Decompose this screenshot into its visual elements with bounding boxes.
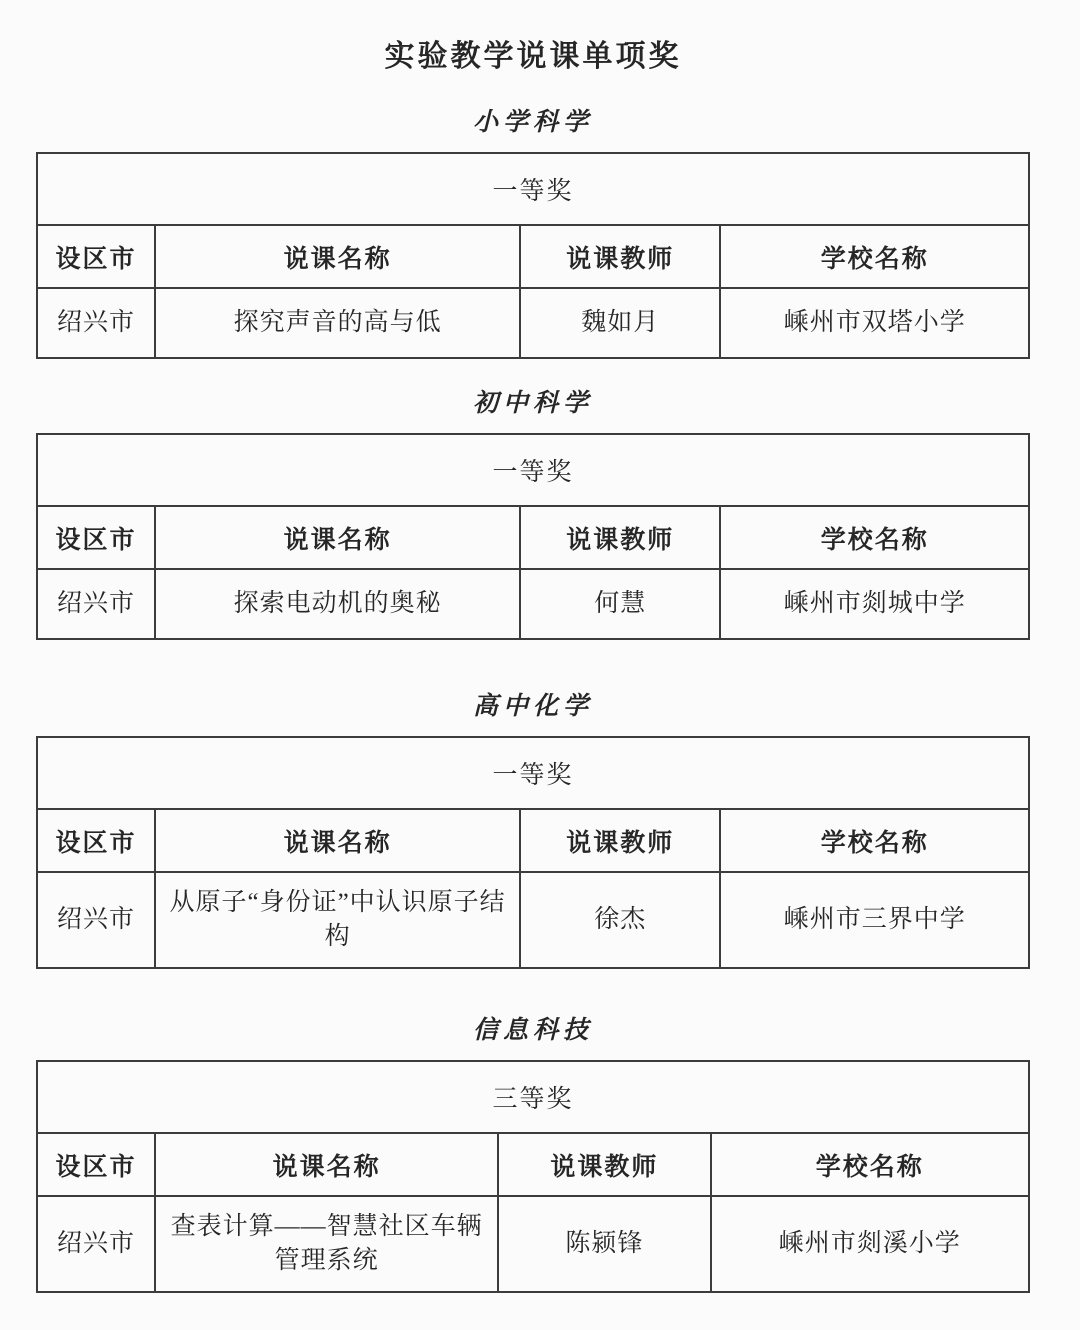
table-cell: 何慧 [520,569,720,639]
table-row: 绍兴市探究声音的高与低魏如月嵊州市双塔小学 [37,288,1029,358]
table-header-row: 设区市说课名称说课教师学校名称 [37,1133,1029,1196]
prize-level-cell: 一等奖 [37,434,1029,506]
table-cell: 嵊州市双塔小学 [720,288,1029,358]
table-cell: 绍兴市 [37,1196,155,1292]
column-header: 说课教师 [520,506,720,569]
column-header: 说课教师 [520,809,720,872]
column-header: 说课教师 [498,1133,710,1196]
section-heading: 小学科学 [36,107,1030,139]
column-header: 说课教师 [520,225,720,288]
prize-row: 一等奖 [37,737,1029,809]
table-cell: 绍兴市 [37,288,155,358]
prize-row: 一等奖 [37,153,1029,225]
table-cell: 嵊州市三界中学 [720,872,1029,968]
table-cell: 探究声音的高与低 [155,288,520,358]
column-header: 学校名称 [720,225,1029,288]
table-header-row: 设区市说课名称说课教师学校名称 [37,506,1029,569]
column-header: 设区市 [37,1133,155,1196]
column-header: 学校名称 [720,809,1029,872]
award-table: 三等奖 设区市说课名称说课教师学校名称 绍兴市查表计算——智慧社区车辆管理系统陈… [36,1060,1030,1293]
table-header-row: 设区市说课名称说课教师学校名称 [37,225,1029,288]
prize-level-cell: 一等奖 [37,153,1029,225]
table-row: 绍兴市查表计算——智慧社区车辆管理系统陈颍锋嵊州市剡溪小学 [37,1196,1029,1292]
table-row: 绍兴市从原子“身份证”中认识原子结构徐杰嵊州市三界中学 [37,872,1029,968]
table-cell: 徐杰 [520,872,720,968]
table-cell: 魏如月 [520,288,720,358]
award-section: 信息科技 三等奖 设区市说课名称说课教师学校名称 绍兴市查表计算——智慧社区车辆… [36,1015,1030,1293]
prize-level-cell: 一等奖 [37,737,1029,809]
award-sections: 小学科学 一等奖 设区市说课名称说课教师学校名称 绍兴市探究声音的高与低魏如月嵊… [36,107,1030,1293]
table-cell: 探索电动机的奥秘 [155,569,520,639]
column-header: 学校名称 [711,1133,1029,1196]
award-section: 初中科学 一等奖 设区市说课名称说课教师学校名称 绍兴市探索电动机的奥秘何慧嵊州… [36,388,1030,640]
award-table: 一等奖 设区市说课名称说课教师学校名称 绍兴市探究声音的高与低魏如月嵊州市双塔小… [36,152,1030,359]
column-header: 学校名称 [720,506,1029,569]
table-cell: 嵊州市剡溪小学 [711,1196,1029,1292]
table-cell: 陈颍锋 [498,1196,710,1292]
column-header: 说课名称 [155,809,520,872]
column-header: 设区市 [37,225,155,288]
document-title: 实验教学说课单项奖 [36,0,1030,76]
table-cell: 绍兴市 [37,569,155,639]
table-cell: 嵊州市剡城中学 [720,569,1029,639]
column-header: 说课名称 [155,506,520,569]
column-header: 设区市 [37,506,155,569]
table-row: 绍兴市探索电动机的奥秘何慧嵊州市剡城中学 [37,569,1029,639]
award-table: 一等奖 设区市说课名称说课教师学校名称 绍兴市从原子“身份证”中认识原子结构徐杰… [36,736,1030,969]
award-table: 一等奖 设区市说课名称说课教师学校名称 绍兴市探索电动机的奥秘何慧嵊州市剡城中学 [36,433,1030,640]
table-cell: 从原子“身份证”中认识原子结构 [155,872,520,968]
award-section: 高中化学 一等奖 设区市说课名称说课教师学校名称 绍兴市从原子“身份证”中认识原… [36,691,1030,969]
section-heading: 初中科学 [36,388,1030,420]
table-cell: 绍兴市 [37,872,155,968]
column-header: 说课名称 [155,1133,498,1196]
column-header: 设区市 [37,809,155,872]
table-cell: 查表计算——智慧社区车辆管理系统 [155,1196,498,1292]
document-page: 实验教学说课单项奖 小学科学 一等奖 设区市说课名称说课教师学校名称 绍兴市探究… [0,0,1080,1330]
prize-level-cell: 三等奖 [37,1061,1029,1133]
prize-row: 一等奖 [37,434,1029,506]
column-header: 说课名称 [155,225,520,288]
table-header-row: 设区市说课名称说课教师学校名称 [37,809,1029,872]
award-section: 小学科学 一等奖 设区市说课名称说课教师学校名称 绍兴市探究声音的高与低魏如月嵊… [36,107,1030,359]
section-heading: 高中化学 [36,691,1030,723]
prize-row: 三等奖 [37,1061,1029,1133]
section-heading: 信息科技 [36,1015,1030,1047]
